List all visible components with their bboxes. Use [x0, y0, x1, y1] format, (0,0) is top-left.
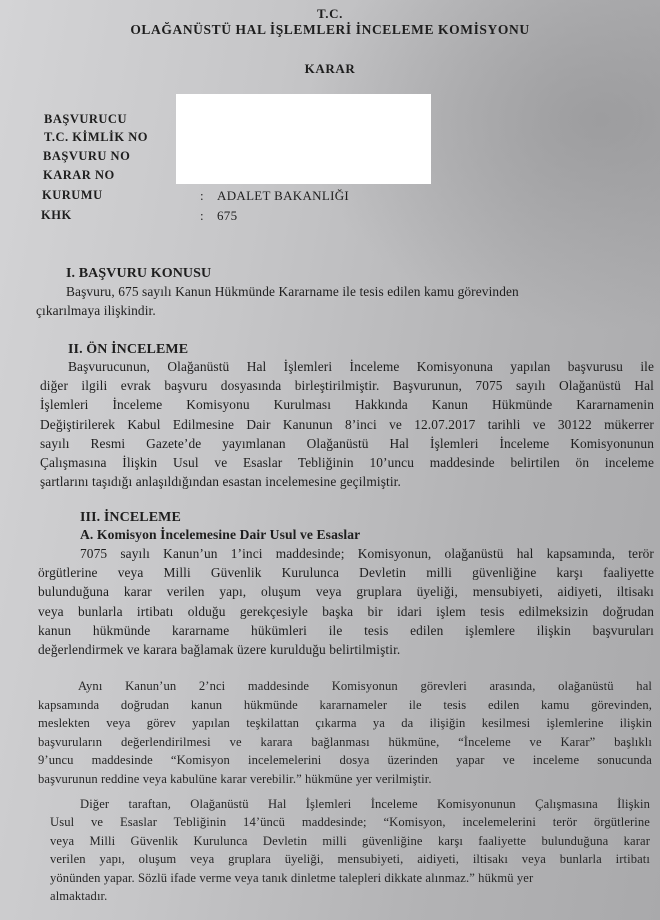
label-institution: KURUMU	[42, 188, 103, 203]
value-institution: ADALET BAKANLIĞI	[217, 188, 349, 204]
text-line: 9’uncu maddesinde “Komisyon incelemeleri…	[38, 751, 652, 770]
subsection-heading-procedures: A. Komisyon İncelemesine Dair Usul ve Es…	[80, 527, 360, 543]
text-line: 7075 sayılı Kanun’un 1’inci maddesinde; …	[38, 544, 654, 563]
text-line: Değiştirilerek Kabul Edilmesine Dair Kan…	[40, 415, 654, 434]
label-application-no: BAŞVURU NO	[43, 149, 130, 164]
label-decision-no: KARAR NO	[43, 168, 115, 183]
section-heading-review: III. İNCELEME	[80, 510, 181, 526]
header-commission: OLAĞANÜSTÜ HAL İŞLEMLERİ İNCELEME KOMİSY…	[0, 22, 660, 38]
header-tc: T.C.	[0, 6, 660, 22]
document-page: T.C. OLAĞANÜSTÜ HAL İŞLEMLERİ İNCELEME K…	[0, 0, 660, 920]
text-line: bulunduğuna karar verilen yapı, oluşum v…	[38, 582, 654, 601]
text-line: başvuruların değerlendirilmesi ve karara…	[38, 733, 652, 752]
text-line: Çalışmasına İlişkin Usul ve Esaslar Tebl…	[40, 453, 654, 472]
text-line: verilen yapı, oluşum veya gruplara üyeli…	[50, 850, 650, 868]
separator-institution: :	[200, 188, 204, 204]
separator-khk: :	[200, 208, 204, 224]
redaction-box	[176, 94, 431, 184]
text-line: başvurunun reddine veya kabulüne karar v…	[38, 770, 652, 789]
text-line: meslekten veya görev yapılan teşkilattan…	[38, 714, 652, 733]
section-heading-application-subject: I. BAŞVURU KONUSU	[66, 266, 211, 282]
paragraph-article-2: Aynı Kanun’un 2’nci maddesinde Komisyonu…	[38, 677, 652, 789]
text-line: çıkarılmaya ilişkindir.	[36, 301, 660, 320]
text-line: örgütlerine veya Milli Güvenlik Kurulunc…	[38, 563, 654, 582]
text-line: kapsamında doğrudan kanun hükmünde karar…	[38, 696, 652, 715]
paragraph-communique-article-14: Diğer taraftan, Olağanüstü Hal İşlemleri…	[50, 795, 650, 905]
text-line: Diğer taraftan, Olağanüstü Hal İşlemleri…	[50, 795, 650, 813]
label-tc-id: T.C. KİMLİK NO	[44, 130, 148, 145]
text-line: İşlemleri İnceleme Komisyonu Kurulması H…	[40, 395, 654, 414]
label-applicant: BAŞVURUCU	[44, 112, 127, 127]
value-khk: 675	[217, 208, 237, 224]
text-line: Başvurucunun, Olağanüstü Hal İşlemleri İ…	[40, 357, 654, 376]
text-line: Usul ve Esaslar Tebliğinin 14’üncü madde…	[50, 813, 650, 831]
text-line: şartlarını taşıdığı anlaşıldığından esas…	[40, 472, 654, 491]
section-heading-preliminary-review: II. ÖN İNCELEME	[68, 342, 188, 358]
text-line: almaktadır.	[50, 887, 650, 905]
text-line: sayılı Resmi Gazete’de yayımlanan Olağan…	[40, 434, 654, 453]
text-line: veya Milli Güvenlik Kurulunca Devletin m…	[50, 832, 650, 850]
label-khk: KHK	[41, 208, 72, 223]
section-body-application-subject: Başvuru, 675 sayılı Kanun Hükmünde Karar…	[66, 282, 660, 320]
text-line: değerlendirmek ve karara bağlamak üzere …	[38, 640, 654, 659]
paragraph-article-1: 7075 sayılı Kanun’un 1’inci maddesinde; …	[38, 544, 654, 659]
text-line: diğer ilgili evrak başvuru dosyasında bi…	[40, 376, 654, 395]
text-line: veya bunlarla irtibatı olduğu gerekçesiy…	[38, 602, 654, 621]
section-body-preliminary-review: Başvurucunun, Olağanüstü Hal İşlemleri İ…	[40, 357, 654, 491]
document-title: KARAR	[0, 61, 660, 77]
text-line: yönünden yapar. Sözlü ifade verme veya t…	[50, 869, 650, 887]
text-line: Başvuru, 675 sayılı Kanun Hükmünde Karar…	[66, 282, 660, 301]
text-line: kanun hükmünde kararname hükümleri ile t…	[38, 621, 654, 640]
text-line: Aynı Kanun’un 2’nci maddesinde Komisyonu…	[38, 677, 652, 696]
